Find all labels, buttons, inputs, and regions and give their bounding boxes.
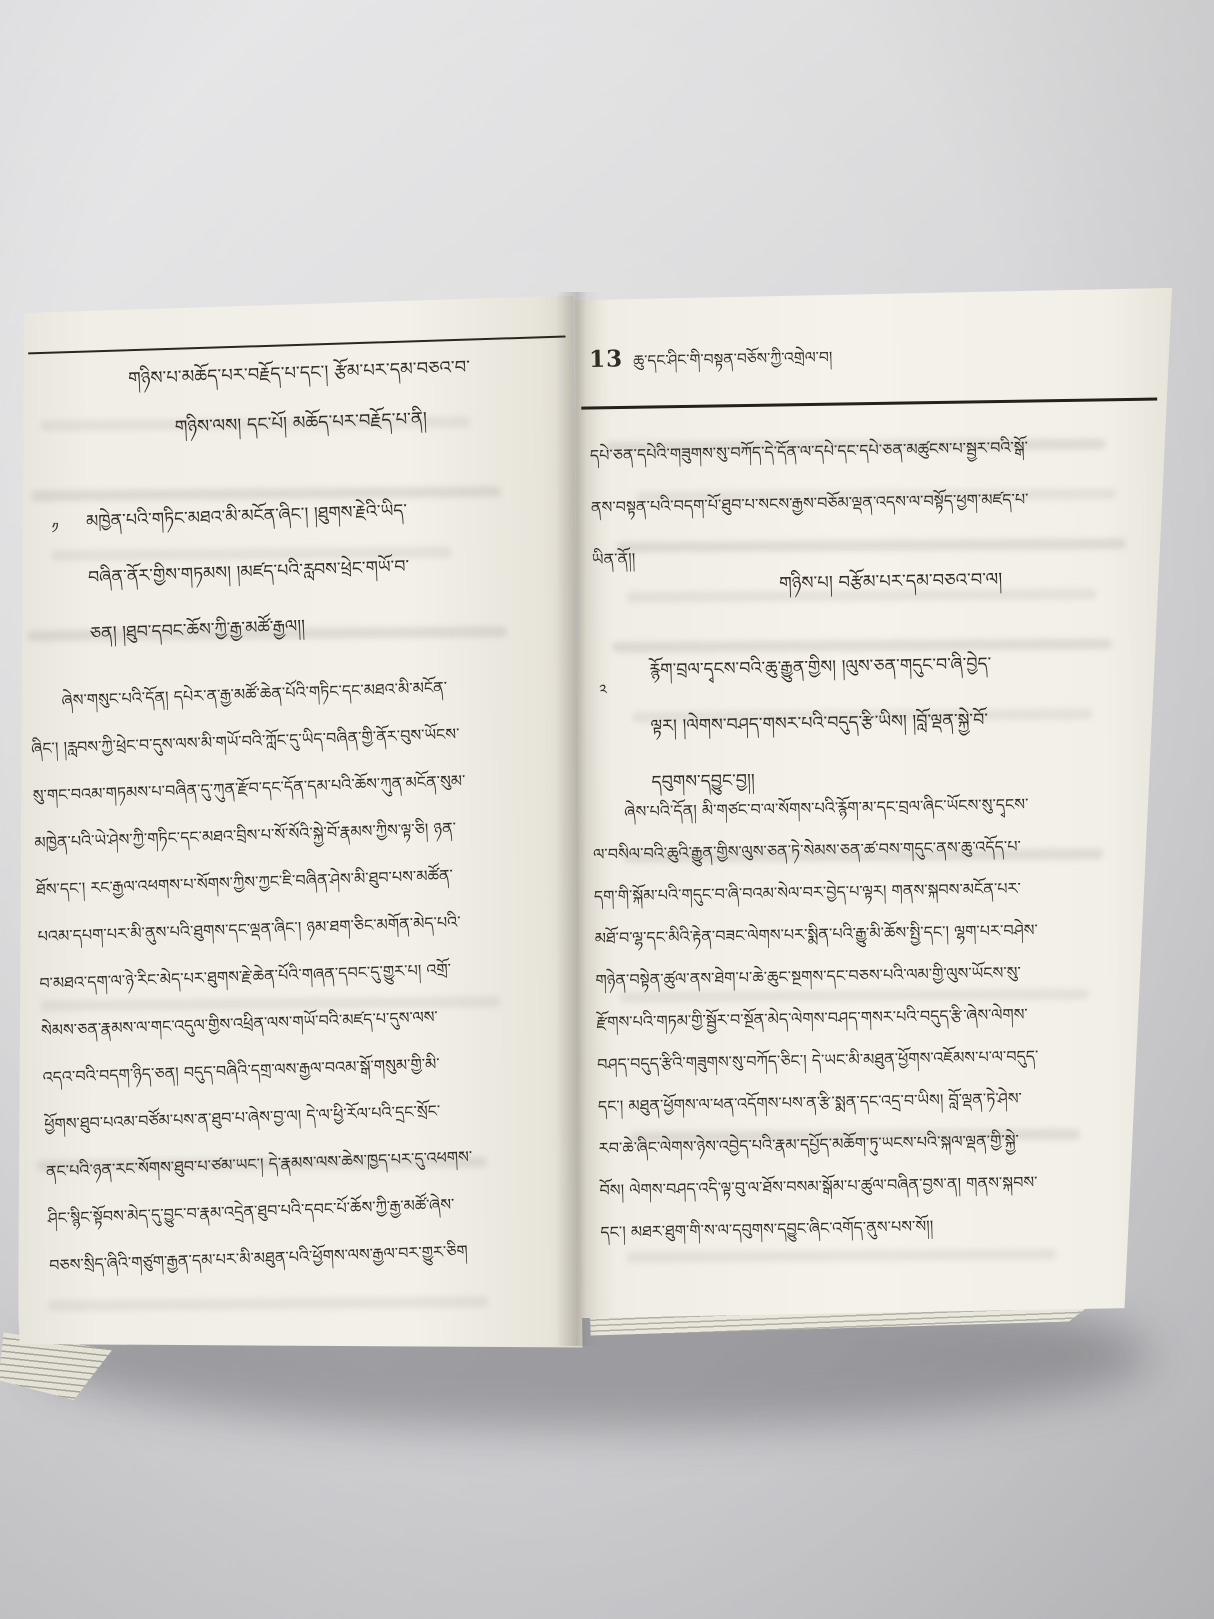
running-title: ཆུ་དང་ཤིང་གི་བསྟན་བཅོས་ཀྱི་འགྲེལ་བ། <box>633 348 833 370</box>
show-through-smudge <box>48 1296 488 1311</box>
left-verse-block: མཁྱེན་པའི་གཏིང་མཐའ་མི་མངོན་ཞིང་། །ཐུགས་ར… <box>27 477 578 664</box>
left-paragraph-block: ཞེས་གསུང་པའི་དོན། དཔེར་ན་རྒྱ་མཚོ་ཆེན་པོའ… <box>29 659 583 1289</box>
running-header: 13ཆུ་དང་ཤིང་གི་བསྟན་བཅོས་ཀྱི་འགྲེལ་བ། <box>589 333 1170 388</box>
right-section-heading: གཉིས་པ། བརྩོམ་པར་དམ་བཅའ་བ་ལ། <box>590 556 1181 618</box>
page-number: 13 <box>589 345 624 373</box>
right-page: 13ཆུ་དང་ཤིང་གི་བསྟན་བཅོས་ཀྱི་འགྲེལ་བ། དཔ… <box>574 288 1181 1318</box>
left-page: གཉིས་པ་མཆོད་པར་བརྗོད་པ་དང་། རྩོམ་པར་དམ་བ… <box>9 296 582 1353</box>
photo-of-open-book: གཉིས་པ་མཆོད་པར་བརྗོད་པ་དང་། རྩོམ་པར་དམ་བ… <box>0 0 1214 1619</box>
left-page-text-block: གཉིས་པ་མཆོད་པར་བརྗོད་པ་དང་། རྩོམ་པར་དམ་བ… <box>26 339 574 458</box>
right-paragraph2-block: ཞེས་པའི་དོན། མི་གཙང་བ་ལ་སོགས་པའི་རྙོག་མ་… <box>592 781 1181 1254</box>
header-rule <box>581 398 1157 410</box>
